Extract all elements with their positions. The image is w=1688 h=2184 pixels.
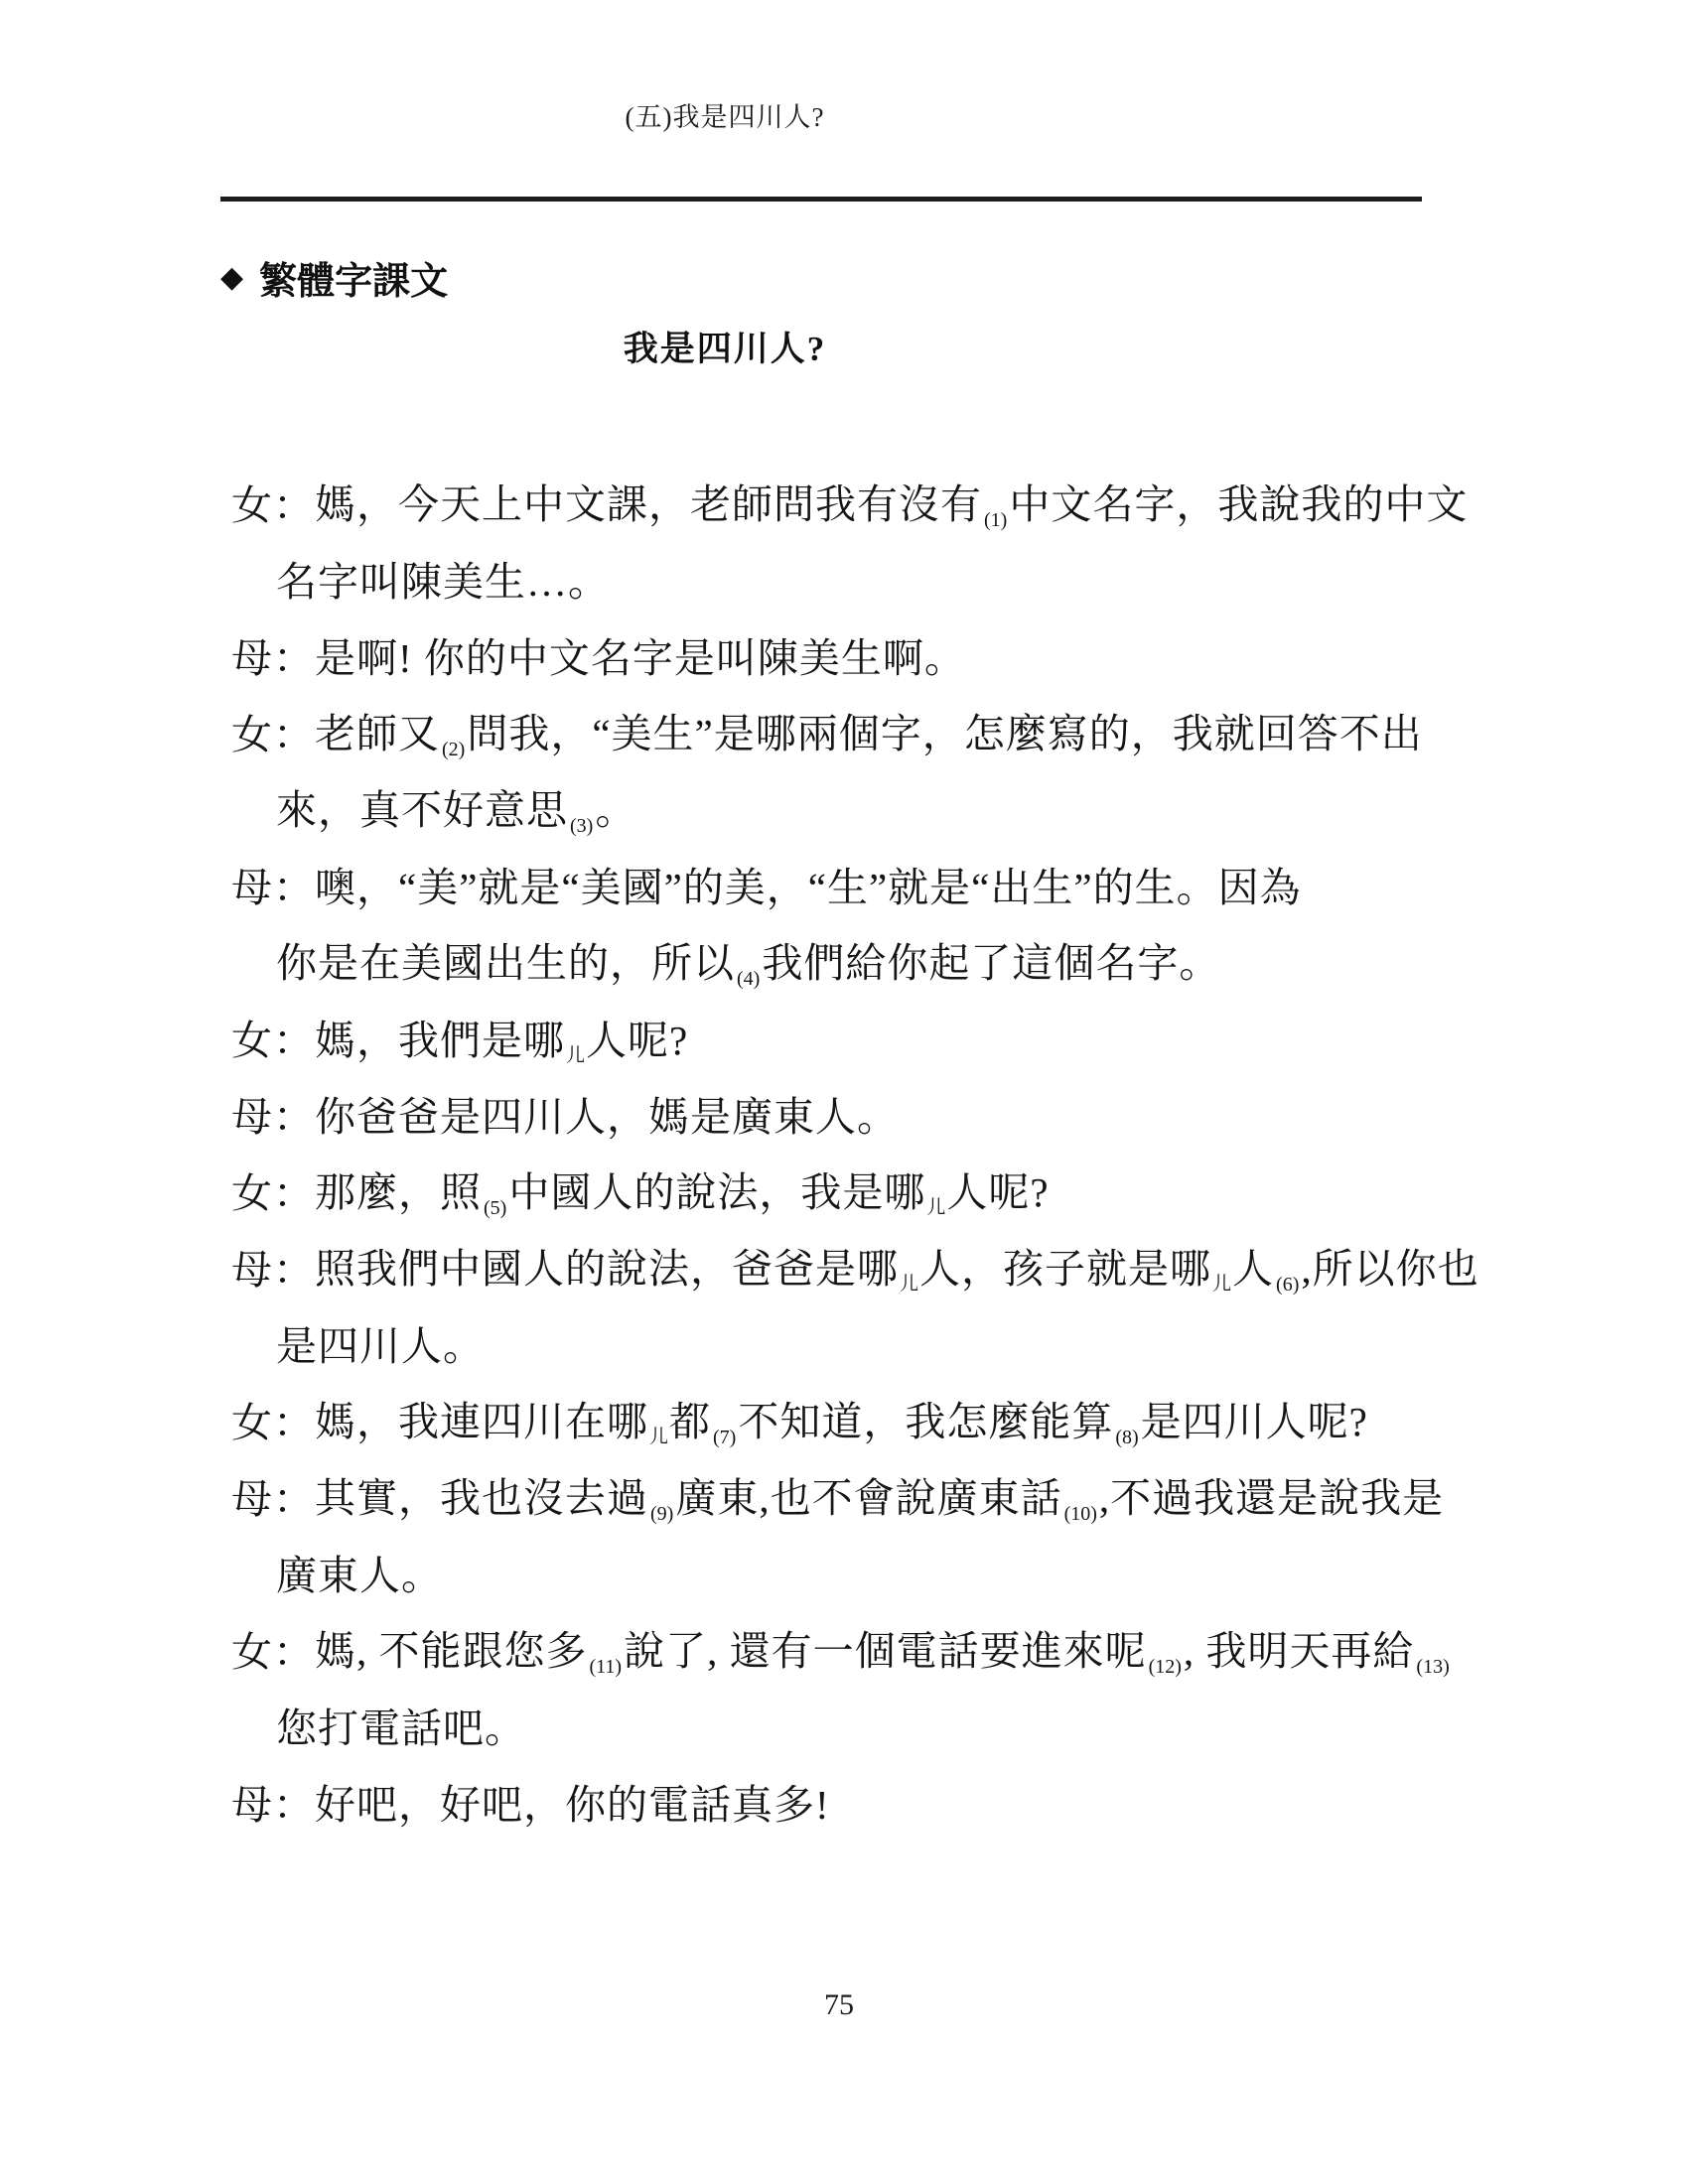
text-run: 人，孩子就是哪 xyxy=(919,1246,1211,1292)
speaker-label: 母： xyxy=(231,1772,315,1831)
dialogue-text: 那麼，照(5)中國人的說法，我是哪儿人呢? xyxy=(315,1160,1050,1220)
speaker-label: 女： xyxy=(231,1390,315,1448)
text-run: 人 xyxy=(1232,1246,1274,1292)
dialogue-line: 母：你爸爸是四川人，媽是廣東人。 xyxy=(231,1075,1552,1152)
speaker-label: 母： xyxy=(231,625,315,684)
dialogue-line: 您打電話吧。 xyxy=(231,1687,1552,1763)
dialogue-text: 是啊! 你的中文名字是叫陳美生啊。 xyxy=(315,625,966,684)
dialogue-text: 媽，我連四川在哪儿都(7)不知道，我怎麼能算(8)是四川人呢? xyxy=(315,1389,1368,1449)
annotation-number: (10) xyxy=(1062,1503,1099,1525)
text-run: 中國人的說法，我是哪 xyxy=(508,1169,925,1215)
dialogue-text: 媽，今天上中文課，老師問我有沒有(1)中文名字，我說我的中文 xyxy=(315,472,1468,532)
dialogue-text: 噢，“美”就是“美國”的美，“生”就是“出生”的生。因為 xyxy=(315,855,1302,913)
small-er-char: 儿 xyxy=(925,1197,946,1218)
text-run: 都 xyxy=(669,1399,711,1444)
section-heading-label: 繁體字課文 xyxy=(259,250,448,305)
dialogue-text: 您打電話吧。 xyxy=(276,1696,526,1754)
text-run: 是啊! 你的中文名字是叫陳美生啊。 xyxy=(315,635,966,681)
dialogue-line: 母：其實，我也沒去過(9)廣東,也不會說廣東話(10),不過我還是說我是 xyxy=(231,1457,1552,1534)
header-rule xyxy=(220,197,1422,202)
dialogue-text: 老師又(2)問我，“美生”是哪兩個字，怎麼寫的，我就回答不出 xyxy=(315,701,1423,761)
text-run: 人呢? xyxy=(586,1018,688,1063)
text-run: 中文名字，我說我的中文 xyxy=(1009,481,1468,527)
dialogue-line: 女：媽，我連四川在哪儿都(7)不知道，我怎麼能算(8)是四川人呢? xyxy=(231,1381,1552,1457)
speaker-label: 女： xyxy=(231,1619,315,1678)
small-er-char: 儿 xyxy=(899,1274,919,1295)
annotation-number: (6) xyxy=(1274,1274,1301,1296)
text-run: 名字叫陳美生…。 xyxy=(276,559,610,605)
speaker-label: 女： xyxy=(231,1160,315,1219)
text-run: 好吧，好吧，你的電話真多! xyxy=(315,1782,830,1828)
annotation-number: (2) xyxy=(440,739,467,760)
text-run: 廣東,也不會說廣東話 xyxy=(675,1475,1061,1521)
section-heading: ◆ 繁體字課文 xyxy=(220,250,448,305)
textbook-page: (五)我是四川人? ◆ 繁體字課文 我是四川人? 女：媽，今天上中文課，老師問我… xyxy=(0,0,1688,2184)
running-header: (五)我是四川人? xyxy=(0,95,1450,134)
annotation-number: (13) xyxy=(1414,1656,1451,1678)
small-er-char: 儿 xyxy=(1211,1274,1232,1295)
speaker-label: 女： xyxy=(231,1008,315,1066)
lesson-title: 我是四川人? xyxy=(0,322,1450,371)
text-run: 媽，我連四川在哪 xyxy=(315,1399,648,1444)
annotation-number: (7) xyxy=(711,1427,738,1448)
dialogue-text: 其實，我也沒去過(9)廣東,也不會說廣東話(10),不過我還是說我是 xyxy=(315,1465,1444,1526)
text-run: 來，真不好意思 xyxy=(276,787,568,833)
text-run: 噢，“美”就是“美國”的美，“生”就是“出生”的生。因為 xyxy=(315,865,1302,910)
text-run: 您打電話吧。 xyxy=(276,1706,526,1751)
text-run: 不知道，我怎麼能算 xyxy=(738,1399,1113,1444)
speaker-label: 母： xyxy=(231,1084,315,1143)
text-run: , 我明天再給 xyxy=(1184,1628,1415,1674)
text-run: 。 xyxy=(595,787,636,833)
dialogue-text: 來，真不好意思(3)。 xyxy=(276,777,636,838)
text-run: 是四川人呢? xyxy=(1141,1399,1368,1444)
text-run: ,不過我還是說我是 xyxy=(1099,1475,1444,1521)
dialogue-line: 女：那麼，照(5)中國人的說法，我是哪儿人呢? xyxy=(231,1152,1552,1228)
dialogue-line: 來，真不好意思(3)。 xyxy=(231,769,1552,846)
dialogue-line: 女：老師又(2)問我，“美生”是哪兩個字，怎麼寫的，我就回答不出 xyxy=(231,693,1552,769)
text-run: 問我，“美生”是哪兩個字，怎麼寫的，我就回答不出 xyxy=(467,711,1422,756)
small-er-char: 儿 xyxy=(648,1427,669,1447)
text-run: 老師又 xyxy=(315,711,440,756)
dialogue-line: 女：媽，我們是哪儿人呢? xyxy=(231,999,1552,1075)
text-run: 你爸爸是四川人，媽是廣東人。 xyxy=(315,1094,899,1140)
text-run: 人呢? xyxy=(946,1169,1049,1215)
annotation-number: (1) xyxy=(982,509,1009,531)
annotation-number: (4) xyxy=(735,968,762,990)
text-run: 那麼，照 xyxy=(315,1169,482,1215)
dialogue-line: 是四川人。 xyxy=(231,1304,1552,1381)
diamond-bullet-icon: ◆ xyxy=(220,263,243,293)
dialogue: 女：媽，今天上中文課，老師問我有沒有(1)中文名字，我說我的中文名字叫陳美生…。… xyxy=(231,464,1552,1840)
page-number: 75 xyxy=(0,1988,1678,2022)
dialogue-text: 是四川人。 xyxy=(276,1313,485,1372)
text-run: 其實，我也沒去過 xyxy=(315,1475,648,1521)
text-run: 說了, 還有一個電話要進來呢 xyxy=(624,1628,1147,1674)
text-run: 你是在美國出生的，所以 xyxy=(276,940,735,986)
dialogue-line: 廣東人。 xyxy=(231,1534,1552,1610)
dialogue-line: 你是在美國出生的，所以(4)我們給你起了這個名字。 xyxy=(231,922,1552,999)
text-run: 我們給你起了這個名字。 xyxy=(762,940,1220,986)
annotation-number: (11) xyxy=(588,1656,625,1678)
dialogue-text: 媽，我們是哪儿人呢? xyxy=(315,1008,688,1067)
dialogue-line: 女：媽，今天上中文課，老師問我有沒有(1)中文名字，我說我的中文 xyxy=(231,464,1552,540)
text-run: 廣東人。 xyxy=(276,1553,443,1598)
dialogue-text: 你是在美國出生的，所以(4)我們給你起了這個名字。 xyxy=(276,930,1220,991)
dialogue-line: 母：是啊! 你的中文名字是叫陳美生啊。 xyxy=(231,616,1552,693)
text-run: ,所以你也 xyxy=(1301,1246,1478,1292)
dialogue-text: 名字叫陳美生…。 xyxy=(276,549,610,608)
dialogue-text: 你爸爸是四川人，媽是廣東人。 xyxy=(315,1084,899,1143)
text-run: 媽，我們是哪 xyxy=(315,1018,565,1063)
small-er-char: 儿 xyxy=(565,1045,586,1066)
annotation-number: (5) xyxy=(482,1197,508,1219)
dialogue-line: 母：噢，“美”就是“美國”的美，“生”就是“出生”的生。因為 xyxy=(231,846,1552,922)
dialogue-text: 好吧，好吧，你的電話真多! xyxy=(315,1772,830,1831)
text-run: 媽，今天上中文課，老師問我有沒有 xyxy=(315,481,982,527)
speaker-label: 母： xyxy=(231,1466,315,1525)
dialogue-line: 母：好吧，好吧，你的電話真多! xyxy=(231,1763,1552,1840)
dialogue-text: 廣東人。 xyxy=(276,1543,443,1601)
text-run: 媽, 不能跟您多 xyxy=(315,1628,588,1674)
speaker-label: 女： xyxy=(231,702,315,760)
annotation-number: (3) xyxy=(568,815,595,837)
text-run: 是四川人。 xyxy=(276,1323,485,1369)
text-run: 照我們中國人的說法，爸爸是哪 xyxy=(315,1246,899,1292)
dialogue-line: 名字叫陳美生…。 xyxy=(231,540,1552,616)
dialogue-text: 媽, 不能跟您多(11)說了, 還有一個電話要進來呢(12), 我明天再給(13… xyxy=(315,1618,1452,1679)
speaker-label: 母： xyxy=(231,1237,315,1296)
dialogue-line: 女：媽, 不能跟您多(11)說了, 還有一個電話要進來呢(12), 我明天再給(… xyxy=(231,1610,1552,1687)
annotation-number: (12) xyxy=(1147,1656,1184,1678)
annotation-number: (8) xyxy=(1113,1427,1140,1448)
speaker-label: 女： xyxy=(231,473,315,531)
annotation-number: (9) xyxy=(648,1503,675,1525)
dialogue-line: 母：照我們中國人的說法，爸爸是哪儿人，孩子就是哪儿人(6),所以你也 xyxy=(231,1228,1552,1304)
dialogue-text: 照我們中國人的說法，爸爸是哪儿人，孩子就是哪儿人(6),所以你也 xyxy=(315,1236,1479,1297)
speaker-label: 母： xyxy=(231,855,315,913)
